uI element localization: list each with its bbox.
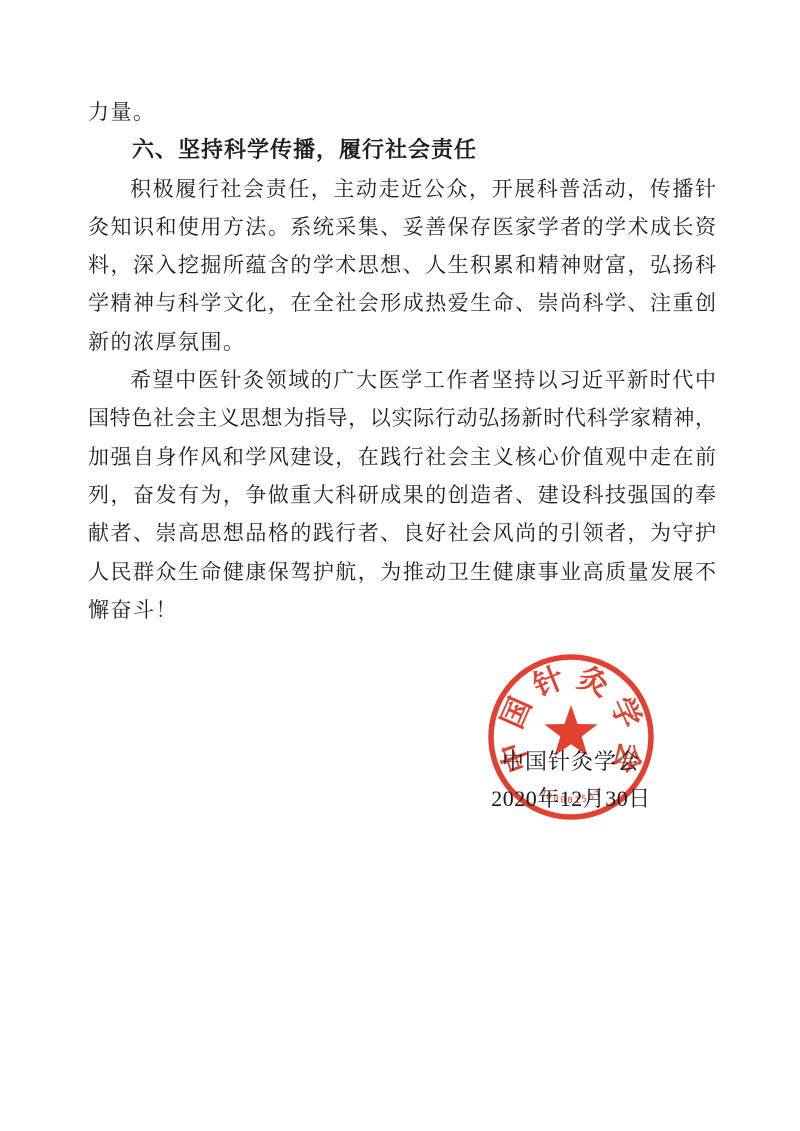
paragraph1-line: 积极履行社会责任，主动走近公众，开展科普活动，传播针: [88, 170, 716, 208]
paragraph-continuation-line: 力量。: [88, 93, 716, 131]
document-page: 力量。 六、坚持科学传播，履行社会责任 积极履行社会责任，主动走近公众，开展科普…: [0, 0, 800, 1131]
signature-organization: 中国针灸学会: [471, 745, 671, 776]
paragraph1-line: 新的浓厚氛围。: [88, 323, 716, 361]
paragraph1-line: 学精神与科学文化，在全社会形成热爱生命、崇尚科学、注重创: [88, 284, 716, 322]
signature-date: 2020年12月30日: [471, 782, 671, 813]
paragraph2-line: 加强自身作风和学风建设，在践行社会主义核心价值观中走在前: [88, 438, 716, 476]
section-heading: 六、坚持科学传播，履行社会责任: [88, 131, 716, 169]
paragraph1-line: 料，深入挖掘所蕴含的学术思想、人生积累和精神财富，弘扬科: [88, 246, 716, 284]
paragraph2-line: 献者、崇高思想品格的践行者、良好社会风尚的引领者，为守护: [88, 514, 716, 552]
paragraph2-line: 希望中医针灸领域的广大医学工作者坚持以习近平新时代中: [88, 361, 716, 399]
paragraph2-line: 懈奋斗！: [88, 591, 716, 629]
paragraph2-line: 列，奋发有为，争做重大科研成果的创造者、建设科技强国的奉: [88, 476, 716, 514]
paragraph2-line: 国特色社会主义思想为指导，以实际行动弘扬新时代科学家精神，: [88, 399, 716, 437]
paragraph2-line: 人民群众生命健康保驾护航，为推动卫生健康事业高质量发展不: [88, 553, 716, 591]
paragraph1-line: 灸知识和使用方法。系统采集、妥善保存医家学者的学术成长资: [88, 208, 716, 246]
letter-body: 力量。 六、坚持科学传播，履行社会责任 积极履行社会责任，主动走近公众，开展科普…: [88, 93, 716, 629]
